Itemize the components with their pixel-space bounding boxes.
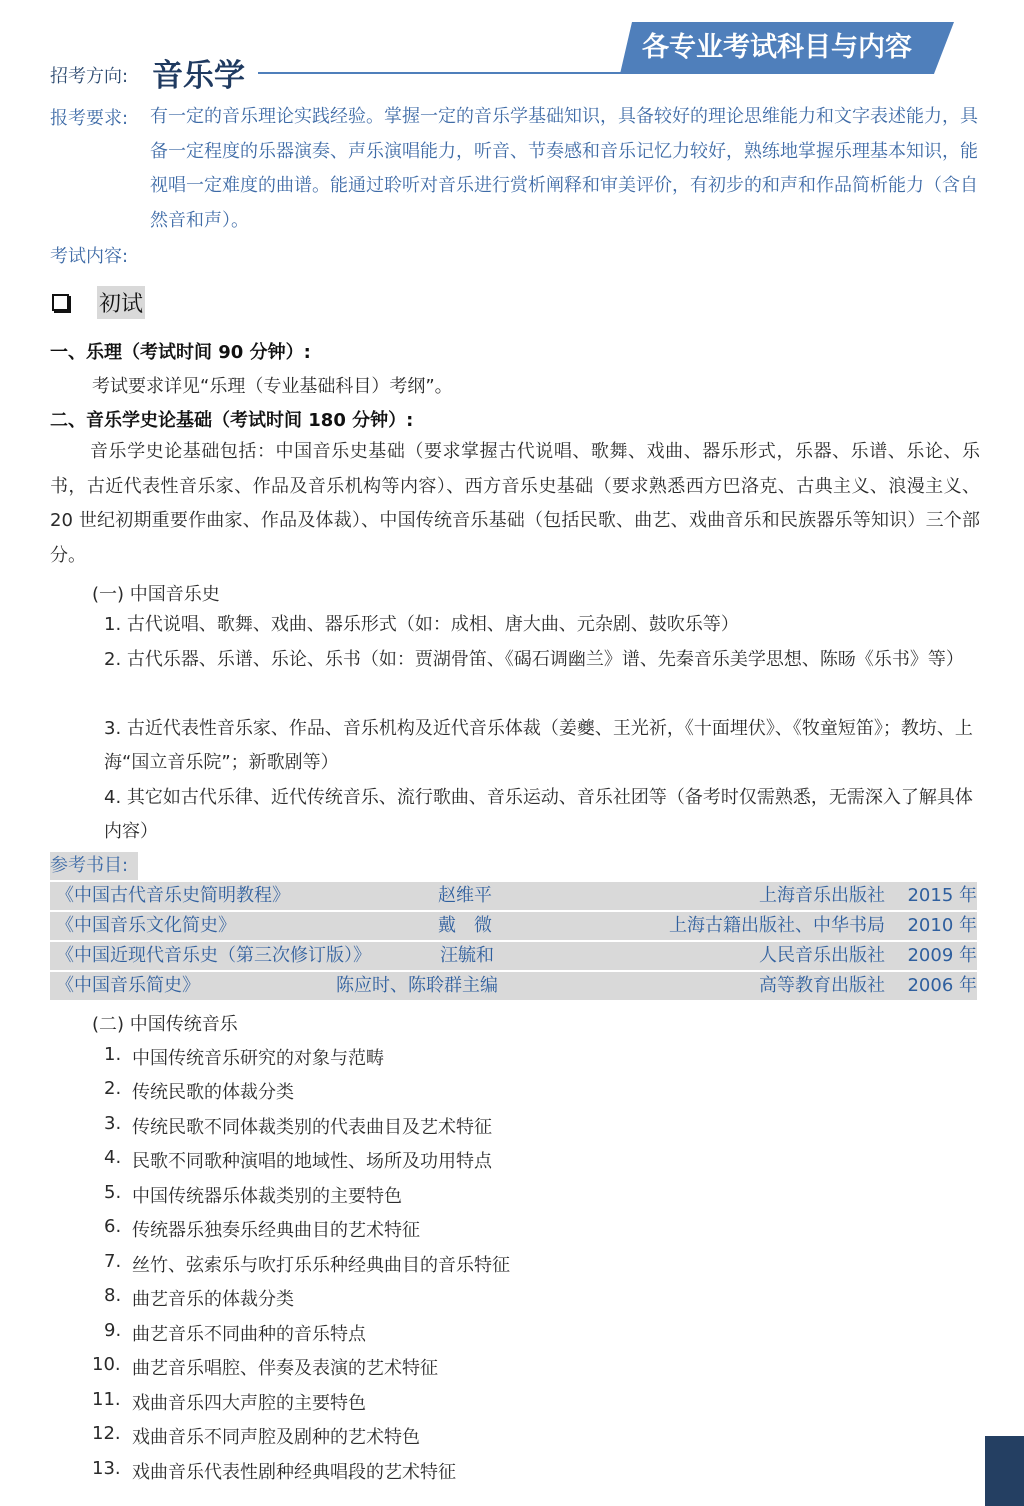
list-item: 民歌不同歌种演唱的地域性、场所及功用特点 [132, 1147, 492, 1173]
list-item: 曲艺音乐的体裁分类 [132, 1285, 294, 1311]
reference-title: 《中国音乐简史》 [56, 972, 200, 1000]
reference-row: 《中国古代音乐史简明教程》 赵维平 上海音乐出版社 2015 年 [50, 882, 977, 910]
part1-item: 1. 古代说唱、歌舞、戏曲、器乐形式（如：成相、唐大曲、元杂剧、鼓吹乐等） [104, 608, 984, 642]
direction-label: 招考方向: [50, 62, 128, 88]
reference-author: 汪毓和 [440, 942, 494, 970]
list-item: 中国传统音乐研究的对象与范畴 [132, 1044, 384, 1070]
list-item: 中国传统器乐体裁类别的主要特色 [132, 1182, 402, 1208]
list-item-number: 6. [104, 1216, 121, 1237]
list-item: 戏曲音乐不同声腔及剧种的艺术特色 [132, 1423, 420, 1449]
reference-author: 陈应时、陈聆群主编 [336, 972, 498, 1000]
list-item-number: 2. [104, 1078, 121, 1099]
reference-author: 戴 微 [438, 912, 492, 940]
list-item: 戏曲音乐代表性剧种经典唱段的艺术特征 [132, 1458, 456, 1484]
list-item: 传统器乐独奏乐经典曲目的艺术特征 [132, 1216, 420, 1242]
part1-title: (一) 中国音乐史 [92, 580, 220, 606]
reference-row: 《中国近现代音乐史（第三次修订版）》 汪毓和 人民音乐出版社 2009 年 [50, 942, 977, 970]
list-item: 传统民歌的体裁分类 [132, 1078, 294, 1104]
references-label: 参考书目: [50, 852, 138, 880]
reference-year: 2010 年 [907, 912, 977, 940]
list-item: 曲艺音乐不同曲种的音乐特点 [132, 1320, 366, 1346]
checkbox-bullet-icon [52, 294, 69, 311]
reference-author: 赵维平 [438, 882, 492, 910]
reference-title: 《中国近现代音乐史（第三次修订版）》 [56, 942, 371, 970]
list-item-number: 3. [104, 1113, 121, 1134]
reference-title: 《中国音乐文化简史》 [56, 912, 236, 940]
list-item-number: 4. [104, 1147, 121, 1168]
part1-item: 2. 古代乐器、乐谱、乐论、乐书（如：贾湖骨笛、《碣石调幽兰》谱、先秦音乐美学思… [104, 643, 980, 677]
reference-title: 《中国古代音乐史简明教程》 [56, 882, 290, 910]
reference-publisher: 上海古籍出版社、中华书局 [669, 912, 885, 940]
direction-value: 音乐学 [152, 50, 245, 95]
first-exam-title: 初试 [97, 286, 145, 319]
list-item: 戏曲音乐四大声腔的主要特色 [132, 1389, 366, 1415]
list-item-number: 9. [104, 1320, 121, 1341]
reference-year: 2009 年 [907, 942, 977, 970]
requirements-text: 有一定的音乐理论实践经验。掌握一定的音乐学基础知识，具备较好的理论思维能力和文字… [150, 100, 980, 238]
content-label: 考试内容: [50, 242, 128, 268]
part1-item: 4. 其它如古代乐律、近代传统音乐、流行歌曲、音乐运动、音乐社团等（备考时仅需熟… [104, 781, 980, 849]
list-item-number: 12. [92, 1423, 121, 1444]
list-item-number: 7. [104, 1251, 121, 1272]
reference-year: 2006 年 [907, 972, 977, 1000]
header-divider [258, 72, 630, 74]
first-exam-heading: 初试 [52, 286, 145, 319]
section1-heading: 一、乐理（考试时间 90 分钟）: [50, 338, 311, 364]
list-item: 传统民歌不同体裁类别的代表曲目及艺术特征 [132, 1113, 492, 1139]
part1-item: 3. 古近代表性音乐家、作品、音乐机构及近代音乐体裁（姜夔、王光祈，《十面埋伏》… [104, 712, 980, 780]
list-item-number: 13. [92, 1458, 121, 1479]
list-item: 曲艺音乐唱腔、伴奏及表演的艺术特征 [132, 1354, 438, 1380]
reference-publisher: 高等教育出版社 [759, 972, 885, 1000]
section2-heading: 二、音乐学史论基础（考试时间 180 分钟）: [50, 406, 413, 432]
section1-text: 考试要求详见“乐理（专业基础科目）考纲”。 [92, 372, 453, 398]
section-banner: 各专业考试科目与内容 [620, 22, 954, 74]
reference-publisher: 上海音乐出版社 [759, 882, 885, 910]
reference-row: 《中国音乐文化简史》 戴 微 上海古籍出版社、中华书局 2010 年 [50, 912, 977, 940]
section2-text: 音乐学史论基础包括：中国音乐史基础（要求掌握古代说唱、歌舞、戏曲、器乐形式，乐器… [50, 435, 980, 573]
list-item-number: 1. [104, 1044, 121, 1065]
references-table: 《中国古代音乐史简明教程》 赵维平 上海音乐出版社 2015 年 《中国音乐文化… [50, 882, 977, 1002]
requirements-label: 报考要求: [50, 104, 128, 130]
list-item-number: 8. [104, 1285, 121, 1306]
reference-row: 《中国音乐简史》 陈应时、陈聆群主编 高等教育出版社 2006 年 [50, 972, 977, 1000]
banner-title: 各专业考试科目与内容 [620, 22, 934, 74]
list-item-number: 10. [92, 1354, 121, 1375]
part2-title: (二) 中国传统音乐 [92, 1010, 238, 1036]
list-item-number: 11. [92, 1389, 121, 1410]
reference-publisher: 人民音乐出版社 [759, 942, 885, 970]
reference-year: 2015 年 [907, 882, 977, 910]
page-edge-tab [985, 1436, 1024, 1506]
list-item-number: 5. [104, 1182, 121, 1203]
list-item: 丝竹、弦索乐与吹打乐乐种经典曲目的音乐特征 [132, 1251, 510, 1277]
